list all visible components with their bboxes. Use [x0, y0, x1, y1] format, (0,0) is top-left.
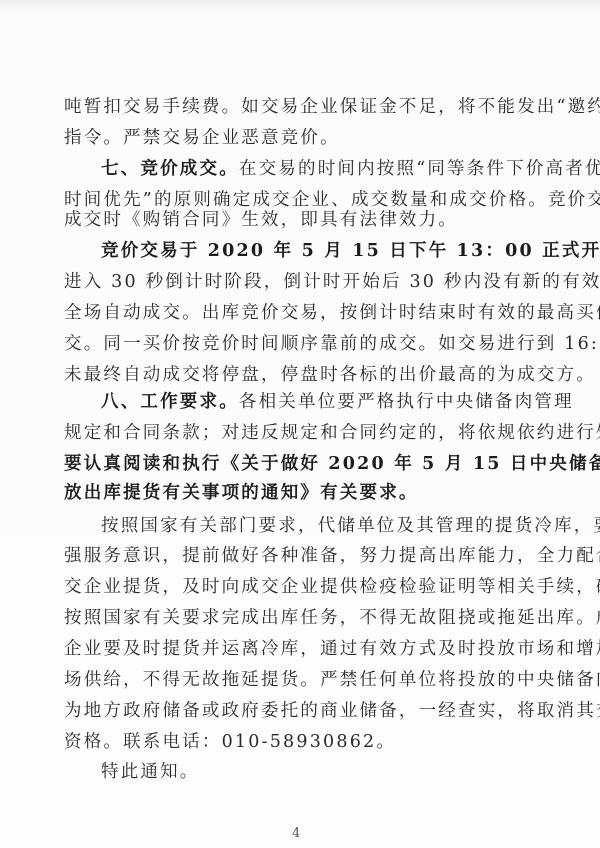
- text-line: 指令。严禁交易企业恶意竞价。: [64, 127, 540, 149]
- text-line: 按照国家有关部门要求，代储单位及其管理的提货冷库，要增: [101, 515, 541, 537]
- section-8-line: 八、工作要求。各相关单位要严格执行中央储备肉管理: [101, 391, 541, 413]
- text-line: 为地方政府储备或政府委托的商业储备，一经查实，将取消其交易: [64, 700, 540, 722]
- text-span: 在交易的时间内按照“同等条件下价高者优先、: [239, 159, 600, 179]
- section-heading-8: 八、工作要求。: [101, 392, 239, 412]
- document-page: 吨暂扣交易手续费。如交易企业保证金不足，将不能发出“邀约” 指令。严禁交易企业恶…: [0, 0, 600, 848]
- text-line: 资格。联系电话：010-58930862。: [64, 731, 540, 753]
- text-span: 各相关单位要严格执行中央储备肉管理: [239, 392, 574, 412]
- text-line: 全场自动成交。出库竞价交易，按倒计时结束时有效的最高买价成: [64, 302, 540, 324]
- text-line: 场供给，不得无故拖延提货。严禁任何单位将投放的中央储备肉转: [64, 669, 540, 691]
- text-line: 吨暂扣交易手续费。如交易企业保证金不足，将不能发出“邀约”: [64, 96, 540, 118]
- text-line: 企业要及时提货并运离冷库，通过有效方式及时投放市场和增加市: [64, 638, 540, 660]
- text-line-bold: 竞价交易于 2020 年 5 月 15 日下午 13：00 正式开市，13：30: [101, 240, 541, 262]
- text-line: 进入 30 秒倒计时阶段，倒计时开始后 30 秒内没有新的有效报价，: [64, 271, 540, 293]
- text-line-bold: 放出库提货有关事项的通知》有关要求。: [64, 482, 540, 504]
- text-line: 强服务意识，提前做好各种准备，努力提高出库能力，全力配合成: [64, 545, 540, 567]
- text-line: 按照国家有关要求完成出库任务，不得无故阻挠或拖延出库。成交: [64, 607, 540, 629]
- text-line: 时间优先”的原则确定成交企业、成交数量和成交价格。竞价交易: [64, 189, 540, 211]
- text-line: 交。同一买价按竞价时间顺序靠前的成交。如交易进行到 16:00 还: [64, 333, 540, 355]
- closing-line: 特此通知。: [101, 761, 541, 783]
- text-line: 未最终自动成交将停盘，停盘时各标的出价最高的为成交方。: [64, 364, 540, 386]
- text-line: 规定和合同条款；对违反规定和合同约定的，将依规依约进行处理。: [64, 422, 540, 444]
- section-7-line: 七、竞价成交。在交易的时间内按照“同等条件下价高者优先、: [101, 158, 541, 180]
- page-number: 4: [292, 826, 300, 841]
- text-line: 交企业提货，及时向成交企业提供检疫检验证明等相关手续，确保: [64, 576, 540, 598]
- text-line-bold: 要认真阅读和执行《关于做好 2020 年 5 月 15 日中央储备冻猪肉投: [64, 453, 540, 475]
- text-line: 成交时《购销合同》生效，即具有法律效力。: [64, 209, 540, 231]
- section-heading-7: 七、竞价成交。: [101, 159, 239, 179]
